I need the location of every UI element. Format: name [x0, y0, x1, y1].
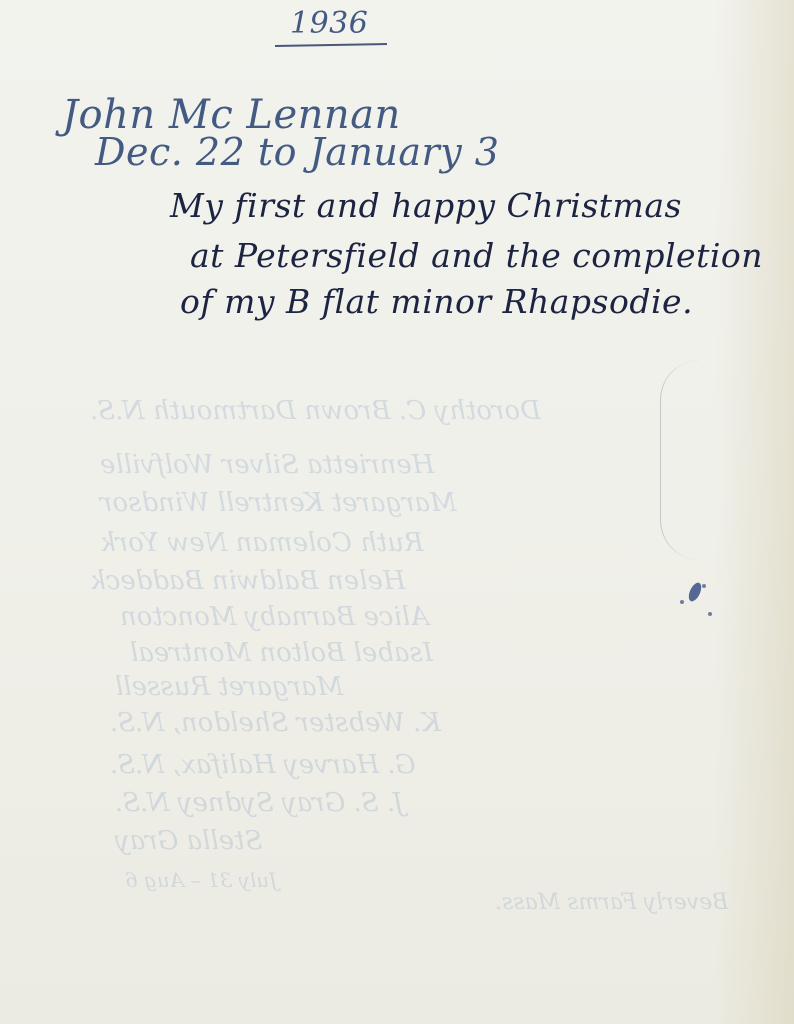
bleed-through-line: J. S. Gray Sydney N.S. [115, 788, 404, 818]
bleed-through-line: Margaret Russell [115, 672, 343, 702]
bleed-through-line: Henrietta Silver Wolfville [100, 450, 434, 480]
entry-note-line-3: of my B flat minor Rhapsodie. [180, 282, 693, 321]
entry-note-line-2: at Petersfield and the completion [190, 236, 763, 275]
bleed-through-line: Stella Gray [115, 826, 262, 856]
bleed-through-line: July 31 – Aug 6 [125, 868, 277, 892]
bleed-through-line: G. Harvey Halifax, N.S. [110, 750, 416, 780]
ink-speck [702, 584, 706, 588]
bleed-through-line: Beverly Farms Mass. [495, 890, 728, 915]
bleed-through-line: K. Webster Sheldon, N.S. [110, 708, 441, 738]
bleed-through-line: Dorothy C. Brown Dartmouth N.S. [90, 396, 541, 426]
entry-note-line-1: My first and happy Christmas [170, 186, 682, 225]
entry-dates: Dec. 22 to January 3 [95, 130, 499, 174]
ink-speck [680, 600, 684, 604]
bleed-through-line: Alice Barnaby Moncton [120, 602, 429, 632]
ink-blot [686, 581, 704, 603]
entry-year: 1936 [290, 6, 368, 41]
bleed-through-line: Helen Baldwin Baddeck [90, 566, 406, 596]
ink-speck [708, 612, 712, 616]
year-underline [275, 43, 387, 47]
bleed-through-line: Margaret Kentrell Windsor [100, 488, 457, 518]
bleed-through-line: Ruth Coleman New York [100, 528, 424, 558]
guestbook-page: Dorothy C. Brown Dartmouth N.S. Henriett… [0, 0, 794, 1024]
bleed-through-line: Isabel Bolton Montreal [130, 638, 433, 668]
stray-hair [660, 360, 741, 560]
